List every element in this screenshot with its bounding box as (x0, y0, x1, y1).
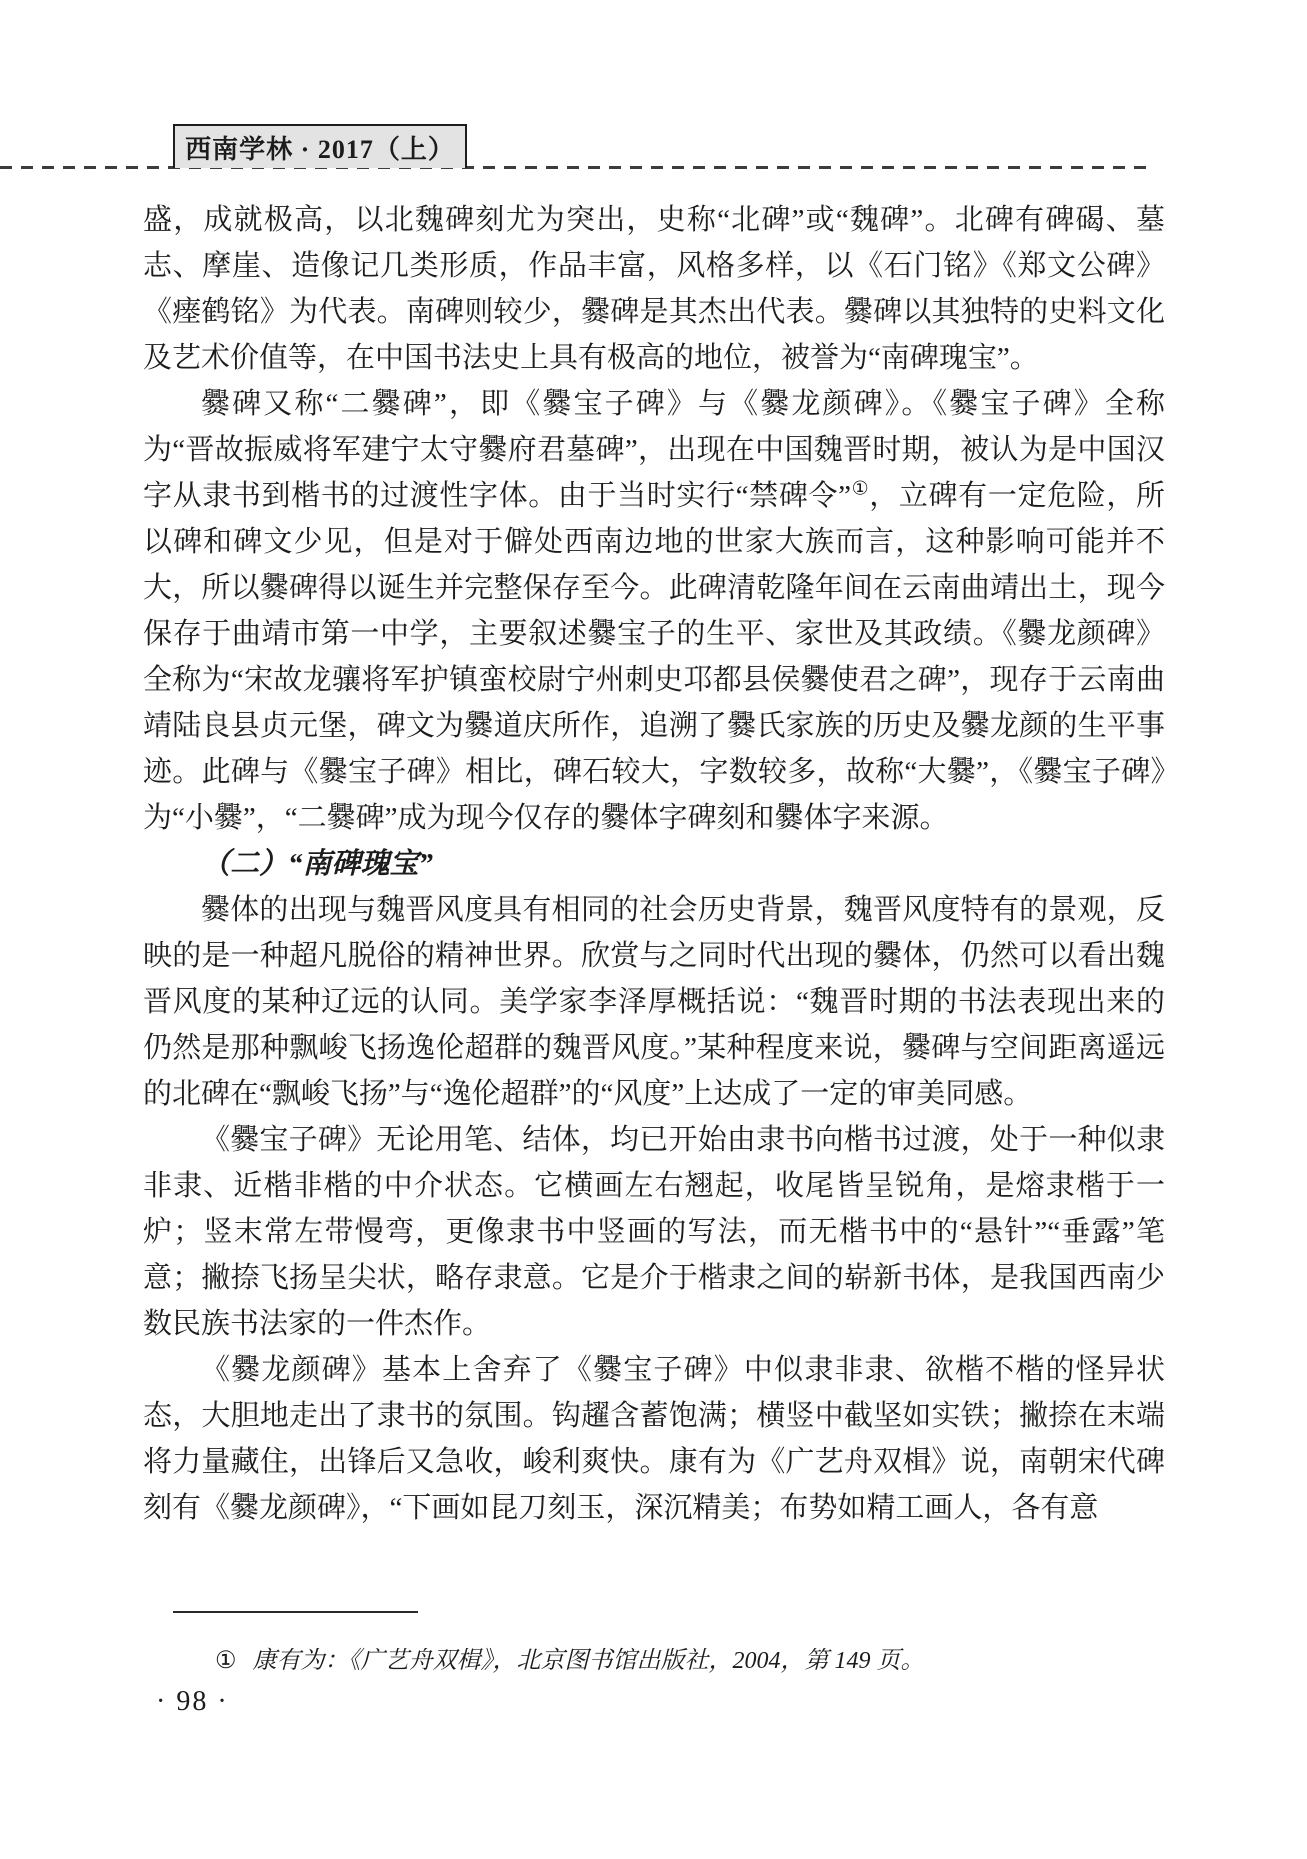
paragraph-text: 《爨龙颜碑》基本上舍弃了《爨宝子碑》中似隶非隶、欲楷不楷的怪异状态，大胆地走出了… (143, 1354, 1165, 1524)
paragraph-text: 《爨宝子碑》无论用笔、结体，均已开始由隶书向楷书过渡，处于一种似隶非隶、近楷非楷… (143, 1124, 1165, 1340)
body-paragraph: 盛，成就极高，以北魏碑刻尤为突出，史称“北碑”或“魏碑”。北碑有碑碣、墓志、摩崖… (143, 197, 1165, 381)
journal-header-box: 西南学林 · 2017（上） (173, 124, 467, 168)
page-number: · 98 · (156, 1686, 229, 1718)
paragraph-text: ，立碑有一定危险，所以碑和碑文少见，但是对于僻处西南边地的世家大族而言，这种影响… (143, 480, 1165, 834)
paragraph-text: （二）“南碑瑰宝” (201, 848, 433, 880)
paragraph-text: 爨体的出现与魏晋风度具有相同的社会历史背景，魏晋风度特有的景观，反映的是一种超凡… (143, 894, 1165, 1110)
journal-title: 西南学林 · 2017（上） (185, 129, 455, 166)
body-paragraph: 爨体的出现与魏晋风度具有相同的社会历史背景，魏晋风度特有的景观，反映的是一种超凡… (143, 887, 1165, 1117)
footnote-marker: ① (215, 1648, 237, 1674)
section-heading: （二）“南碑瑰宝” (143, 841, 1165, 887)
body-paragraph: 《爨龙颜碑》基本上舍弃了《爨宝子碑》中似隶非隶、欲楷不楷的怪异状态，大胆地走出了… (143, 1347, 1165, 1531)
footnote-ref-marker: ① (851, 478, 869, 499)
body-paragraph: 爨碑又称“二爨碑”，即《爨宝子碑》与《爨龙颜碑》。《爨宝子碑》全称为“晋故振威将… (143, 381, 1165, 841)
footnote: ①康有为：《广艺舟双楫》，北京图书馆出版社，2004，第 149 页。 (143, 1643, 1165, 1679)
article-body: 盛，成就极高，以北魏碑刻尤为突出，史称“北碑”或“魏碑”。北碑有碑碣、墓志、摩崖… (143, 197, 1165, 1531)
paragraph-text: 盛，成就极高，以北魏碑刻尤为突出，史称“北碑”或“魏碑”。北碑有碑碣、墓志、摩崖… (143, 204, 1165, 374)
footnote-text: 康有为：《广艺舟双楫》，北京图书馆出版社，2004，第 149 页。 (253, 1648, 925, 1674)
body-paragraph: 《爨宝子碑》无论用笔、结体，均已开始由隶书向楷书过渡，处于一种似隶非隶、近楷非楷… (143, 1117, 1165, 1347)
footnote-separator (173, 1611, 418, 1613)
